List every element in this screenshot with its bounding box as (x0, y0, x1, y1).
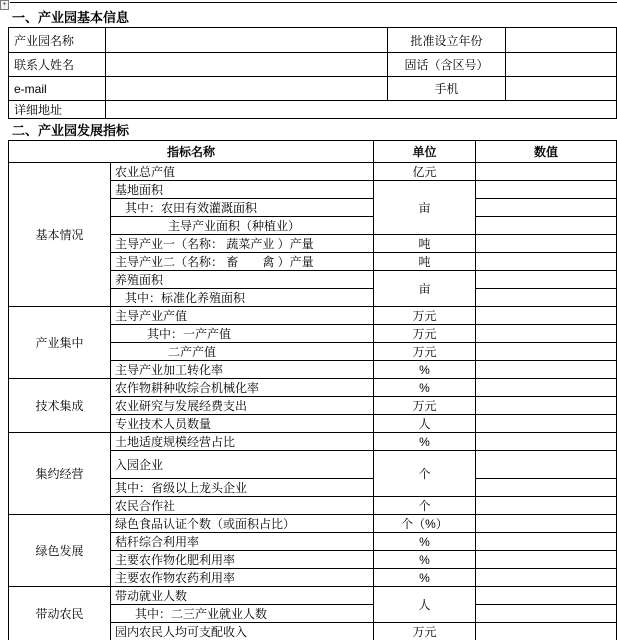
value-cell[interactable] (476, 433, 617, 451)
unit-cell: % (374, 533, 476, 551)
value-cell[interactable] (476, 271, 617, 289)
indicator-row: 技术集成农作物耕种收综合机械化率% (9, 379, 617, 397)
indicator-name: 二产产值 (111, 343, 374, 361)
field-label: 批准设立年份 (388, 28, 506, 53)
section2-title: 二、产业园发展指标 (12, 120, 129, 139)
indicator-name: 主导产业加工转化率 (111, 361, 374, 379)
value-cell[interactable] (476, 533, 617, 551)
top-divider-line (10, 2, 617, 3)
unit-cell: % (374, 433, 476, 451)
indicator-name: 绿色食品认证个数（或面积占比） (111, 515, 374, 533)
indicator-name: 园内农民人均可支配收入 (111, 623, 374, 640)
group-label: 基本情况 (9, 163, 111, 307)
field-label: 产业园名称 (9, 28, 106, 53)
group-label: 带动农民 (9, 587, 111, 640)
indicator-name: 其中：农田有效灌溉面积 (111, 199, 374, 217)
development-indicators-table: 指标名称 单位 数值 基本情况农业总产值亿元基地面积亩其中：农田有效灌溉面积主导… (8, 140, 617, 640)
unit-cell: 亩 (374, 271, 476, 307)
indicator-row: 带动农民带动就业人数人 (9, 587, 617, 605)
field-label: 详细地址 (9, 101, 106, 119)
unit-cell: % (374, 569, 476, 587)
section1-title: 一、产业园基本信息 (12, 7, 129, 26)
value-cell[interactable] (476, 515, 617, 533)
column-header-indicator-name: 指标名称 (9, 141, 374, 163)
value-cell[interactable] (476, 479, 617, 497)
indicator-row: 绿色发展绿色食品认证个数（或面积占比）个（%） (9, 515, 617, 533)
value-cell[interactable] (476, 307, 617, 325)
unit-cell: % (374, 551, 476, 569)
value-cell[interactable] (476, 379, 617, 397)
indicator-name: 主要农作物农药利用率 (111, 569, 374, 587)
indicator-name: 带动就业人数 (111, 587, 374, 605)
unit-cell: 万元 (374, 623, 476, 640)
indicator-name: 农民合作社 (111, 497, 374, 515)
value-cell[interactable] (476, 551, 617, 569)
basic-info-row: 详细地址 (9, 101, 617, 119)
field-value-cell[interactable] (506, 77, 617, 101)
indicator-name: 基地面积 (111, 181, 374, 199)
indicator-name: 秸秆综合利用率 (111, 533, 374, 551)
indicator-name: 其中：省级以上龙头企业 (111, 479, 374, 497)
unit-cell: % (374, 379, 476, 397)
field-value-cell[interactable] (106, 101, 617, 119)
indicator-row: 产业集中主导产业产值万元 (9, 307, 617, 325)
value-cell[interactable] (476, 235, 617, 253)
field-label: 固话（含区号） (388, 53, 506, 77)
indicator-name: 主导产业二（名称： 畜 禽 ）产量 (111, 253, 374, 271)
unit-cell: 吨 (374, 235, 476, 253)
field-label: 手机 (388, 77, 506, 101)
indicator-name: 主导产业面积（种植业） (111, 217, 374, 235)
indicator-name: 其中：一产产值 (111, 325, 374, 343)
indicator-name: 养殖面积 (111, 271, 374, 289)
table-move-handle-icon[interactable]: + (0, 0, 9, 10)
value-cell[interactable] (476, 587, 617, 605)
field-value-cell[interactable] (506, 53, 617, 77)
value-cell[interactable] (476, 289, 617, 307)
value-cell[interactable] (476, 623, 617, 640)
value-cell[interactable] (476, 163, 617, 181)
column-header-unit: 单位 (374, 141, 476, 163)
field-value-cell[interactable] (106, 77, 388, 101)
value-cell[interactable] (476, 397, 617, 415)
unit-cell: 人 (374, 415, 476, 433)
group-label: 技术集成 (9, 379, 111, 433)
basic-info-row: e-mail手机 (9, 77, 617, 101)
value-cell[interactable] (476, 199, 617, 217)
unit-cell: 万元 (374, 343, 476, 361)
indicator-row: 集约经营土地适度规模经营占比% (9, 433, 617, 451)
indicator-name: 农业总产值 (111, 163, 374, 181)
field-label: 联系人姓名 (9, 53, 106, 77)
unit-cell: 个 (374, 497, 476, 515)
indicator-name: 主导产业一（名称： 蔬菜产业 ）产量 (111, 235, 374, 253)
indicator-row: 基本情况农业总产值亿元 (9, 163, 617, 181)
basic-info-row: 联系人姓名固话（含区号） (9, 53, 617, 77)
value-cell[interactable] (476, 343, 617, 361)
basic-info-row: 产业园名称批准设立年份 (9, 28, 617, 53)
indicator-name: 主导产业产值 (111, 307, 374, 325)
indicator-name: 其中：二三产业就业人数 (111, 605, 374, 623)
value-cell[interactable] (476, 217, 617, 235)
value-cell[interactable] (476, 497, 617, 515)
unit-cell: 个（%） (374, 515, 476, 533)
value-cell[interactable] (476, 325, 617, 343)
field-value-cell[interactable] (506, 28, 617, 53)
basic-info-table: 产业园名称批准设立年份联系人姓名固话（含区号）e-mail手机详细地址 (8, 27, 617, 119)
group-label: 集约经营 (9, 433, 111, 515)
group-label: 产业集中 (9, 307, 111, 379)
value-cell[interactable] (476, 451, 617, 479)
value-cell[interactable] (476, 569, 617, 587)
indicator-name: 土地适度规模经营占比 (111, 433, 374, 451)
group-label: 绿色发展 (9, 515, 111, 587)
value-cell[interactable] (476, 253, 617, 271)
unit-cell: 万元 (374, 307, 476, 325)
field-value-cell[interactable] (106, 28, 388, 53)
field-label: e-mail (9, 77, 106, 101)
indicator-name: 农业研究与发展经费支出 (111, 397, 374, 415)
unit-cell: 人 (374, 587, 476, 623)
indicator-name: 农作物耕种收综合机械化率 (111, 379, 374, 397)
value-cell[interactable] (476, 361, 617, 379)
column-header-value: 数值 (476, 141, 617, 163)
value-cell[interactable] (476, 415, 617, 433)
indicator-name: 主要农作物化肥利用率 (111, 551, 374, 569)
value-cell[interactable] (476, 605, 617, 623)
unit-cell: 亿元 (374, 163, 476, 181)
field-value-cell[interactable] (106, 53, 388, 77)
unit-cell: % (374, 361, 476, 379)
unit-cell: 万元 (374, 325, 476, 343)
indicator-name: 其中：标准化养殖面积 (111, 289, 374, 307)
value-cell[interactable] (476, 181, 617, 199)
unit-cell: 个 (374, 451, 476, 497)
unit-cell: 亩 (374, 181, 476, 235)
unit-cell: 万元 (374, 397, 476, 415)
indicator-name: 专业技术人员数量 (111, 415, 374, 433)
unit-cell: 吨 (374, 253, 476, 271)
indicator-name: 入园企业 (111, 451, 374, 479)
